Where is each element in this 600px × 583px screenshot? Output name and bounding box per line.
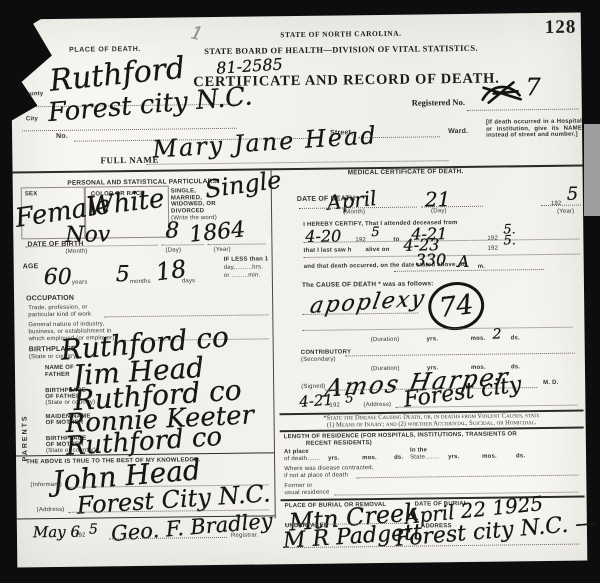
in-state-mos: mos. (482, 454, 497, 461)
last-saw-label: that I last saw h (303, 247, 351, 255)
rule-line (22, 128, 237, 132)
duration-yrs-label: yrs. (427, 336, 439, 343)
cause-code-value: 74 (438, 291, 475, 322)
scan-number: 128 (545, 17, 577, 39)
scanner-edge-strip (584, 124, 600, 216)
state-line: STATE OF NORTH CAROLINA. (161, 27, 521, 40)
informant-address-label: (Address) (37, 507, 65, 514)
rule-line (207, 243, 265, 245)
street-no-label: No. (56, 133, 68, 141)
last-saw-year-printed: 192 (487, 246, 498, 253)
parents-label: PARENTS (21, 365, 29, 461)
at-place-ds: ds. (394, 455, 403, 462)
duration-label: (Duration) (371, 337, 400, 344)
occupation-label: OCCUPATION (26, 295, 74, 304)
duration-days-value: 2 (492, 328, 501, 342)
rule-line (104, 314, 268, 317)
duration-mos-label: mos. (471, 336, 486, 343)
signed-year: 5 (345, 392, 353, 405)
dob-day-sublabel: (Day) (165, 247, 181, 254)
rule-line (302, 327, 572, 331)
age-years: 60 (44, 267, 72, 289)
death-year-value: 5 (567, 186, 579, 204)
residence-title-2: RECENT RESIDENTS) (306, 440, 372, 448)
hospital-note: [If death occurred in a Hospital or Inst… (486, 119, 582, 140)
occupation-line-1b: particular kind of work (28, 312, 91, 320)
attended-from-year: 5 (371, 226, 379, 239)
rule-line (421, 206, 483, 208)
filed-year-value: 5 (89, 522, 98, 536)
rule-line (345, 353, 575, 357)
age-months-label: months (130, 279, 151, 286)
duration2-ds-label: ds. (511, 364, 520, 371)
age-label: AGE (23, 263, 39, 271)
residence-title-1: LENGTH OF RESIDENCE (FOR HOSPITALS, INST… (284, 431, 517, 441)
cause-code-circle: 74 (426, 279, 487, 333)
age-years-label: years (72, 280, 88, 287)
duration-ds-label: ds. (511, 335, 520, 342)
dob-day: 8 (165, 220, 179, 242)
registered-no-label: Registered No. (412, 97, 465, 108)
registered-no-value: 7 (525, 75, 541, 99)
death-certificate-page: PLACE OF DEATH. 1 STATE OF NORTH CAROLIN… (11, 13, 588, 568)
age-days-label: days (182, 278, 196, 285)
dob-year-sublabel: (Year) (213, 247, 230, 254)
city-label: City (26, 116, 38, 123)
dob-year: 1864 (188, 219, 246, 246)
death-month-sublabel: (Month) (343, 209, 365, 216)
death-time-suffix: A (458, 254, 470, 270)
in-state-ds: ds. (516, 453, 525, 460)
age-months: 5 (116, 264, 130, 286)
at-place-label-2: of death....... (284, 456, 320, 463)
where-contracted-label-2: if not at place of death (284, 472, 348, 480)
if-less-label-2: day,.........hrs. (224, 264, 263, 271)
filed-year-printed: 192 (75, 533, 86, 540)
contributory-sublabel: (Secondary) (301, 357, 336, 364)
signed-label: (Signed) (301, 384, 325, 391)
ward-label: Ward. (448, 128, 468, 136)
signed-year-printed: 192 (329, 403, 340, 410)
death-time: 330 (416, 252, 447, 268)
board-line: STATE BOARD OF HEALTH—DIVISION OF VITAL … (121, 42, 561, 57)
informant-label: (Informant) (30, 482, 62, 489)
former-residence-label-2: usual residence (284, 490, 329, 498)
md-label: M. D. (543, 380, 558, 387)
dob-month-sublabel: (Month) (65, 249, 87, 256)
in-state-label-2: State........ (410, 454, 440, 461)
filed-date: May 6 (33, 525, 80, 541)
death-day-sublabel: (Day) (431, 208, 447, 215)
rule-line (356, 475, 578, 479)
alive-on-label: alive on (365, 247, 389, 254)
sex-label: SEX (25, 191, 38, 198)
signed-date: 4-21 (299, 393, 334, 410)
in-state-yrs: yrs. (448, 454, 460, 461)
last-saw-year: 5. (503, 234, 516, 247)
rule-line (467, 109, 579, 111)
at-place-mos: mos. (362, 455, 377, 462)
if-less-label-1: IF LESS than 1 (224, 256, 269, 264)
if-less-label-3: or .........min. (224, 272, 261, 279)
physician-address-label: (Address) (363, 402, 391, 409)
father-name-label-2: FATHER (45, 372, 70, 379)
dob-month: Nov (65, 224, 110, 247)
at-place-yrs: yrs. (328, 456, 340, 463)
death-year-sublabel: (Year) (557, 209, 574, 216)
registrar-label: Registrar. (231, 533, 259, 540)
registered-no-scratch (479, 79, 523, 108)
column-divider (271, 168, 276, 518)
